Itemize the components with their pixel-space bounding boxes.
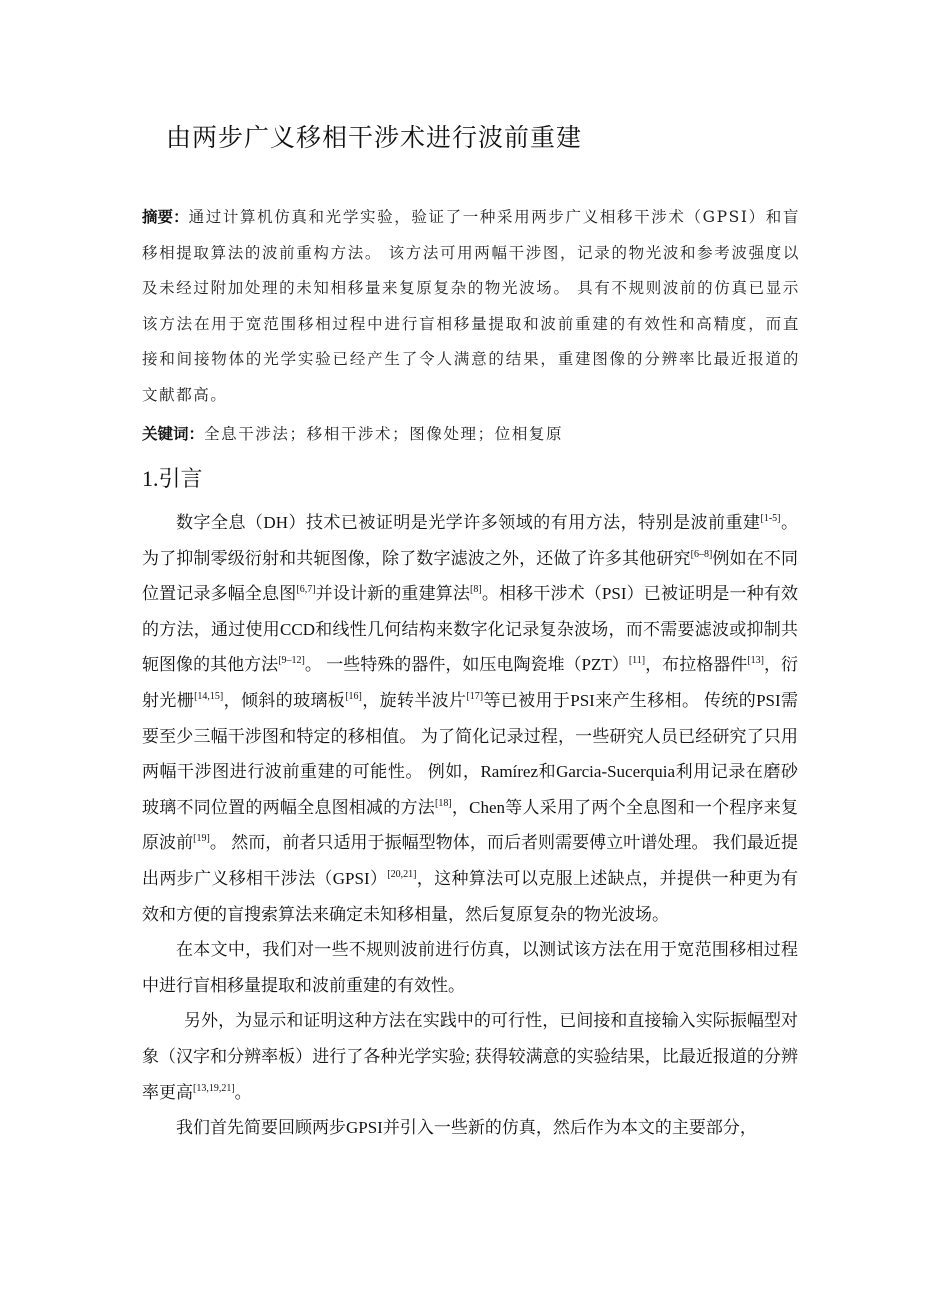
abstract-label: 摘要：	[142, 208, 189, 226]
citation-ref: [17]	[466, 691, 483, 702]
paragraph-text: 数字全息（DH）技术已被证明是光学许多领域的有用方法，特别是波前重建	[176, 513, 761, 532]
citation-ref: [16]	[345, 691, 362, 702]
paragraph: 我们首先简要回顾两步GPSI并引入一些新的仿真，然后作为本文的主要部分，	[142, 1110, 798, 1146]
paragraph-text: 在本文中，我们对一些不规则波前进行仿真，以测试该方法在用于宽范围移相过程中进行盲…	[142, 940, 798, 995]
citation-ref: [6–8]	[691, 549, 713, 560]
section-title: 引言	[159, 467, 203, 492]
citation-ref: [20,21]	[387, 869, 416, 880]
keywords-label: 关键词：	[142, 425, 204, 443]
paper-title: 由两步广义移相干涉术进行波前重建	[166, 118, 582, 154]
paragraph-text: 我们首先简要回顾两步GPSI并引入一些新的仿真，然后作为本文的主要部分，	[176, 1118, 757, 1137]
citation-ref: [6,7]	[296, 584, 315, 595]
paragraph-text: 。 一些特殊的器件，如压电陶瓷堆（PZT）	[305, 655, 629, 674]
citation-ref: [1-5]	[761, 513, 781, 524]
keywords: 关键词：全息干涉法；移相干涉术；图像处理；位相复原	[142, 422, 800, 444]
citation-ref: [9–12]	[278, 655, 305, 666]
paragraph-text: ，倾斜的玻璃板	[223, 691, 345, 710]
introduction-body: 数字全息（DH）技术已被证明是光学许多领域的有用方法，特别是波前重建[1-5]。…	[142, 505, 798, 1146]
citation-ref: [8]	[470, 584, 482, 595]
citation-ref: [18]	[435, 798, 452, 809]
paragraph-text: 。	[235, 1083, 252, 1102]
keywords-text: 全息干涉法；移相干涉术；图像处理；位相复原	[204, 425, 563, 443]
section-number: 1.	[142, 466, 159, 491]
paragraph-text: ，布拉格器件	[645, 655, 747, 674]
paragraph: 数字全息（DH）技术已被证明是光学许多领域的有用方法，特别是波前重建[1-5]。…	[142, 505, 798, 932]
citation-ref: [13]	[747, 655, 764, 666]
paragraph-text: ，旋转半波片	[362, 691, 467, 710]
citation-ref: [11]	[629, 655, 645, 666]
document-page: 由两步广义移相干涉术进行波前重建 摘要：通过计算机仿真和光学实验，验证了一种采用…	[0, 0, 926, 1309]
abstract: 摘要：通过计算机仿真和光学实验，验证了一种采用两步广义相移干涉术（GPSI）和盲…	[142, 200, 800, 413]
citation-ref: [19]	[193, 833, 210, 844]
section-heading-introduction: 1.引言	[142, 462, 203, 493]
abstract-text: 通过计算机仿真和光学实验，验证了一种采用两步广义相移干涉术（GPSI）和盲移相提…	[142, 208, 800, 404]
paragraph: 在本文中，我们对一些不规则波前进行仿真，以测试该方法在用于宽范围移相过程中进行盲…	[142, 932, 798, 1003]
citation-ref: [13,19,21]	[193, 1083, 235, 1094]
paragraph: 另外，为显示和证明这种方法在实践中的可行性，已间接和直接输入实际振幅型对象（汉字…	[142, 1003, 798, 1110]
paragraph-text: 并设计新的重建算法	[316, 584, 471, 603]
citation-ref: [14,15]	[194, 691, 223, 702]
